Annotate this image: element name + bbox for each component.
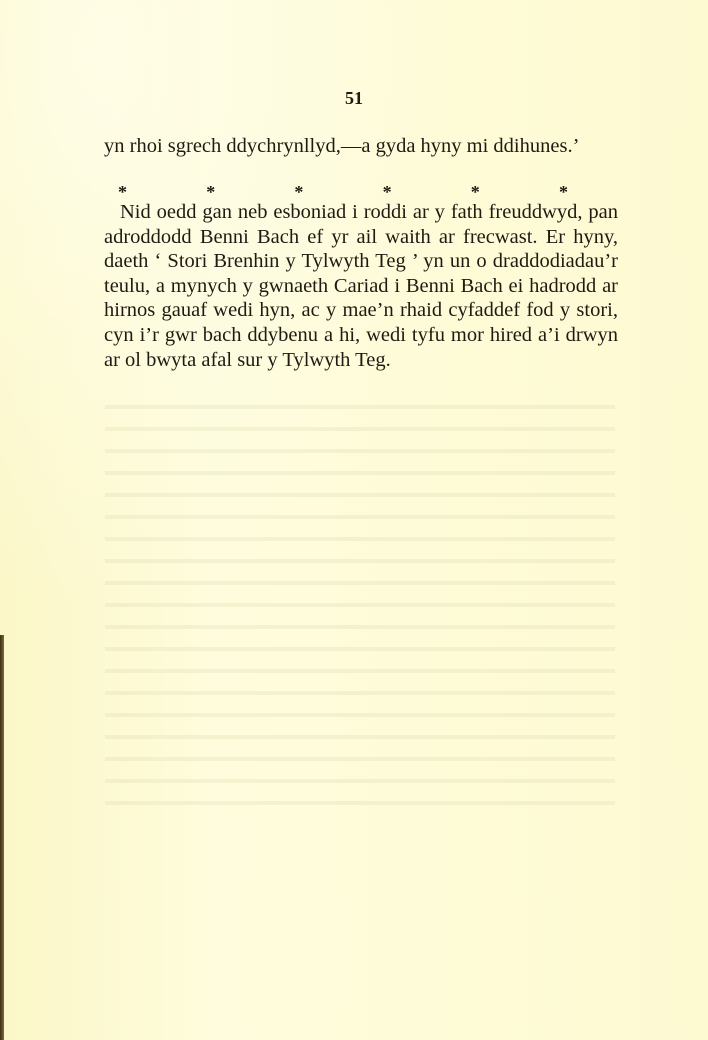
paragraph-closing: Nid oedd gan neb esboniad i roddi ar y f… [104,200,618,372]
paragraph-continuation: yn rhoi sgrech ddychrynllyd,—a gyda hyny… [104,134,618,159]
book-page: 51 yn rhoi sgrech ddychrynllyd,—a gyda h… [0,0,708,1040]
paragraph-text: Nid oedd gan neb esboniad i roddi ar y f… [104,200,618,372]
bleed-through-text [105,395,615,815]
binding-edge [0,635,4,1040]
paragraph-text: yn rhoi sgrech ddychrynllyd,—a gyda hyny… [104,134,618,159]
page-number: 51 [0,88,708,109]
